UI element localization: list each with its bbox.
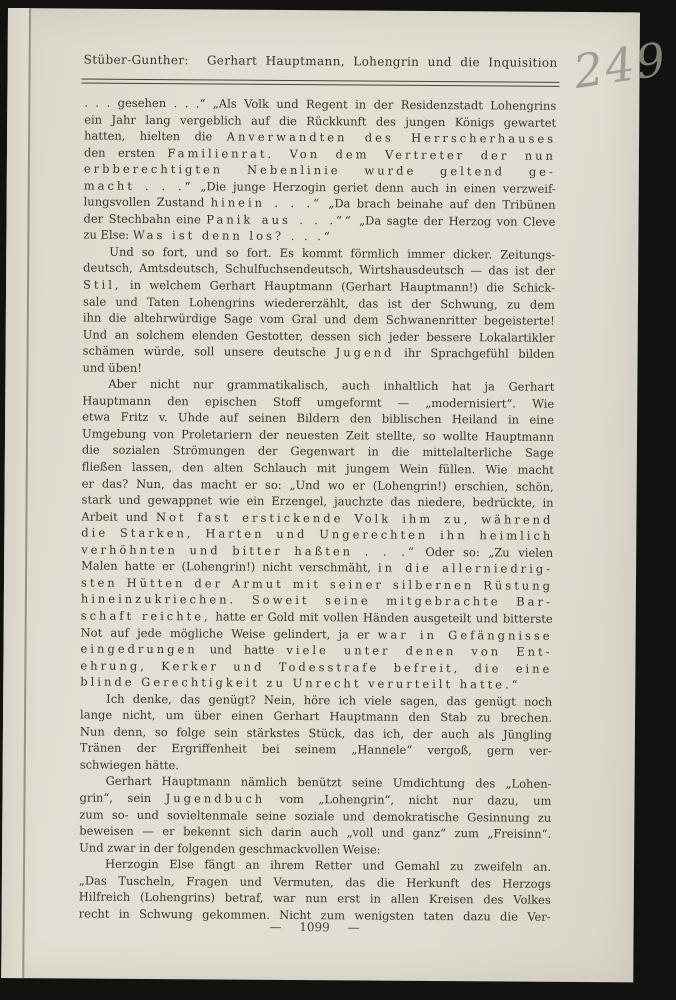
letterspaced-text: in die allerniedrig- xyxy=(378,561,553,576)
letterspaced-text: hinein . . .“ xyxy=(211,196,322,211)
paragraph: Ich denke, das genügt? Nein, höre ich vi… xyxy=(80,690,553,776)
letterspaced-text: erbberechtigten Nebenlinie wurde geltend… xyxy=(84,162,556,179)
paragraph: . . . gesehen . . .“ „Als Volk und Regen… xyxy=(83,95,556,247)
handwritten-page-number: 249 xyxy=(570,32,671,99)
letterspaced-text: Familienrat. Von dem Vertreter der nun xyxy=(167,146,556,163)
paragraph: Gerhart Hauptmann nämlich benützt seine … xyxy=(79,773,552,859)
page-header: Stüber-Gunther: Gerhart Hauptmann, Lohen… xyxy=(84,53,558,70)
header-author: Stüber-Gunther: xyxy=(84,53,189,68)
page-paper: Stüber-Gunther: Gerhart Hauptmann, Lohen… xyxy=(1,8,640,982)
letterspaced-text: Panik aus . . .““ xyxy=(206,212,354,227)
letterspaced-text: die Starken, Harten und Ungerechten ihn … xyxy=(81,526,553,543)
letterspaced-text: Was ist denn los? . . .“ xyxy=(133,228,333,243)
body-text: . . . gesehen . . .“ „Als Volk und Regen… xyxy=(79,95,557,926)
letterspaced-text: ehrung, Kerker und Todesstrafe befreit, … xyxy=(80,658,552,675)
letterspaced-text: verhöhnten und bitter haßten . . .“ xyxy=(81,542,417,558)
letterspaced-text: blinde Gerechtigkeit zu Unrecht verurtei… xyxy=(80,675,520,692)
letterspaced-text: Not fast erstickende Volk ihm zu, währen… xyxy=(156,510,554,527)
letterspaced-text: war in Gefängnisse xyxy=(378,627,553,642)
letterspaced-text: Stil, xyxy=(83,278,122,292)
paragraph: Herzogin Else fängt an ihrem Retter und … xyxy=(79,856,551,925)
letterspaced-text: Jugend xyxy=(336,345,395,359)
letterspaced-text: schaft reichte, xyxy=(81,608,211,623)
letterspaced-text: hineinzukriechen. Soweit seine mitgebrac… xyxy=(81,592,553,609)
scan-frame: Stüber-Gunther: Gerhart Hauptmann, Lohen… xyxy=(0,0,676,1000)
letterspaced-text: Anverwandten des Herrscherhauses xyxy=(227,130,556,146)
letterspaced-text: Jugendbuch xyxy=(166,791,266,806)
letterspaced-text: sten Hütten der Armut mit seiner silbern… xyxy=(81,575,553,592)
page-footer: — 1099 — xyxy=(79,919,551,936)
footer-page-number: — 1099 — xyxy=(269,920,359,935)
letterspaced-text: macht . . .“ xyxy=(84,178,194,193)
header-title: Gerhart Hauptmann, Lohengrin und die Inq… xyxy=(207,53,558,69)
paragraph: Aber nicht nur grammatikalisch, auch inh… xyxy=(80,376,554,694)
letterspaced-text: viele unter denen von Ent- xyxy=(286,643,552,659)
paragraph: Und so fort, und so fort. Es kommt förml… xyxy=(82,243,555,379)
page-gutter-edge xyxy=(1,8,31,978)
text-line: schämen würde, soll unsere deutsche Juge… xyxy=(83,343,555,363)
header-double-rule xyxy=(81,79,559,87)
letterspaced-text: eingedrungen xyxy=(80,642,197,657)
